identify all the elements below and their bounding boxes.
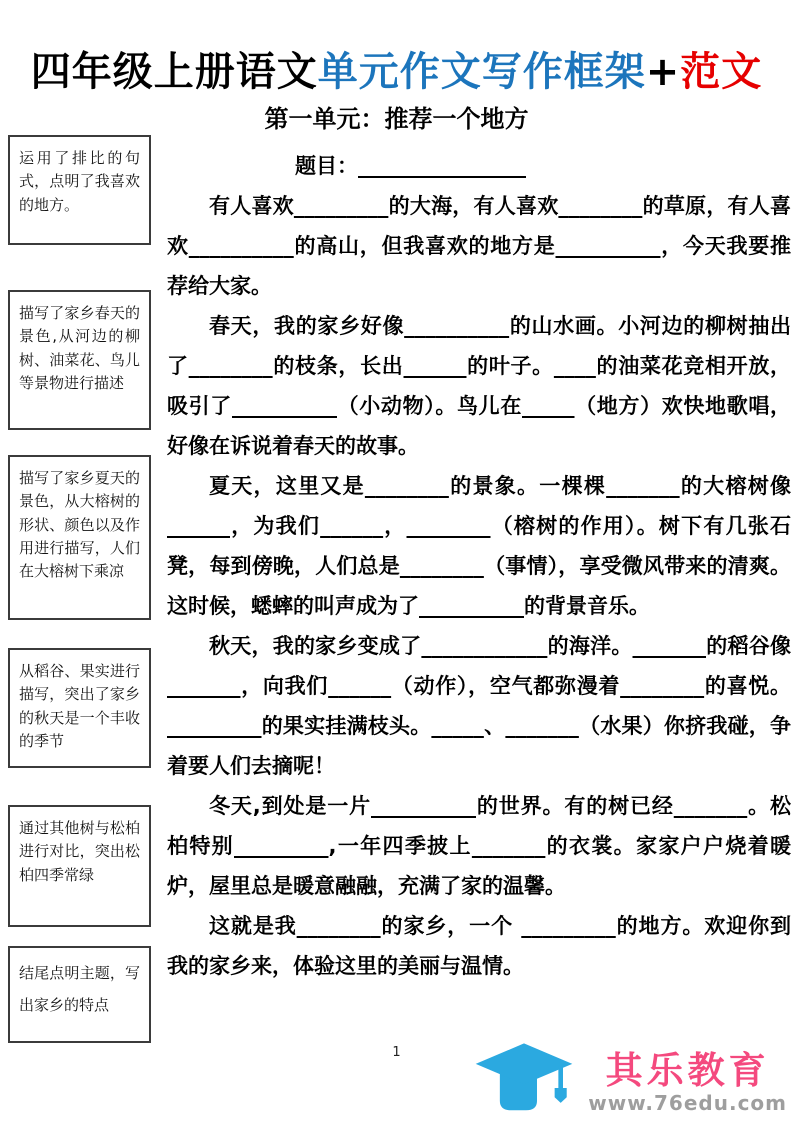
topic-blank-line: 题目：________________ [295,146,791,186]
brand-website: www.76edu.com [588,1092,787,1114]
title-part-black: 四年级上册语文 [31,49,318,95]
margin-note-autumn: 从稻谷、果实进行描写，突出了家乡的秋天是一个丰收的季节 [8,648,151,768]
page-title: 四年级上册语文单元作文写作框架+范文 [0,40,793,97]
title-part-red: 范文 [680,49,762,95]
paragraph-summer: 夏天，这里又是________的景象。一棵棵_______的大榕树像______… [167,466,791,626]
brand-name: 其乐教育 [606,1051,770,1092]
unit-subtitle: 第一单元：推荐一个地方 [0,99,793,134]
margin-note-summer: 描写了家乡夏天的景色，从大榕树的形状、颜色以及作用进行描写，人们在大榕树下乘凉 [8,455,151,620]
margin-note-ending: 结尾点明主题，写出家乡的特点 [8,946,151,1043]
title-part-plus: + [646,49,681,95]
essay-frame-text: 题目：________________ 有人喜欢_________的大海，有人喜… [167,146,791,986]
paragraph-ending: 这就是我________的家乡，一个 _________的地方。欢迎你到我的家乡… [167,906,791,986]
margin-note-intro: 运用了排比的句式，点明了我喜欢的地方。 [8,135,151,245]
margin-note-spring: 描写了家乡春天的景色,从河边的柳树、油菜花、鸟儿等景物进行描述 [8,290,151,430]
margin-note-winter: 通过其他树与松柏进行对比，突出松柏四季常绿 [8,805,151,927]
paragraph-autumn: 秋天，我的家乡变成了____________的海洋。_______的稻谷像___… [167,626,791,786]
paragraph-intro: 有人喜欢_________的大海，有人喜欢________的草原，有人喜欢___… [167,186,791,306]
paragraph-spring: 春天，我的家乡好像__________的山水画。小河边的柳树抽出了_______… [167,306,791,466]
title-part-blue: 单元作文写作框架 [318,49,646,95]
brand-logo: 其乐教育 www.76edu.com [468,1036,787,1114]
worksheet-page: 四年级上册语文单元作文写作框架+范文 第一单元：推荐一个地方 运用了排比的句式，… [0,0,793,1122]
paragraph-winter: 冬天,到处是一片__________的世界。有的树已经_______。松柏特别_… [167,786,791,906]
graduation-cap-icon [468,1036,588,1114]
